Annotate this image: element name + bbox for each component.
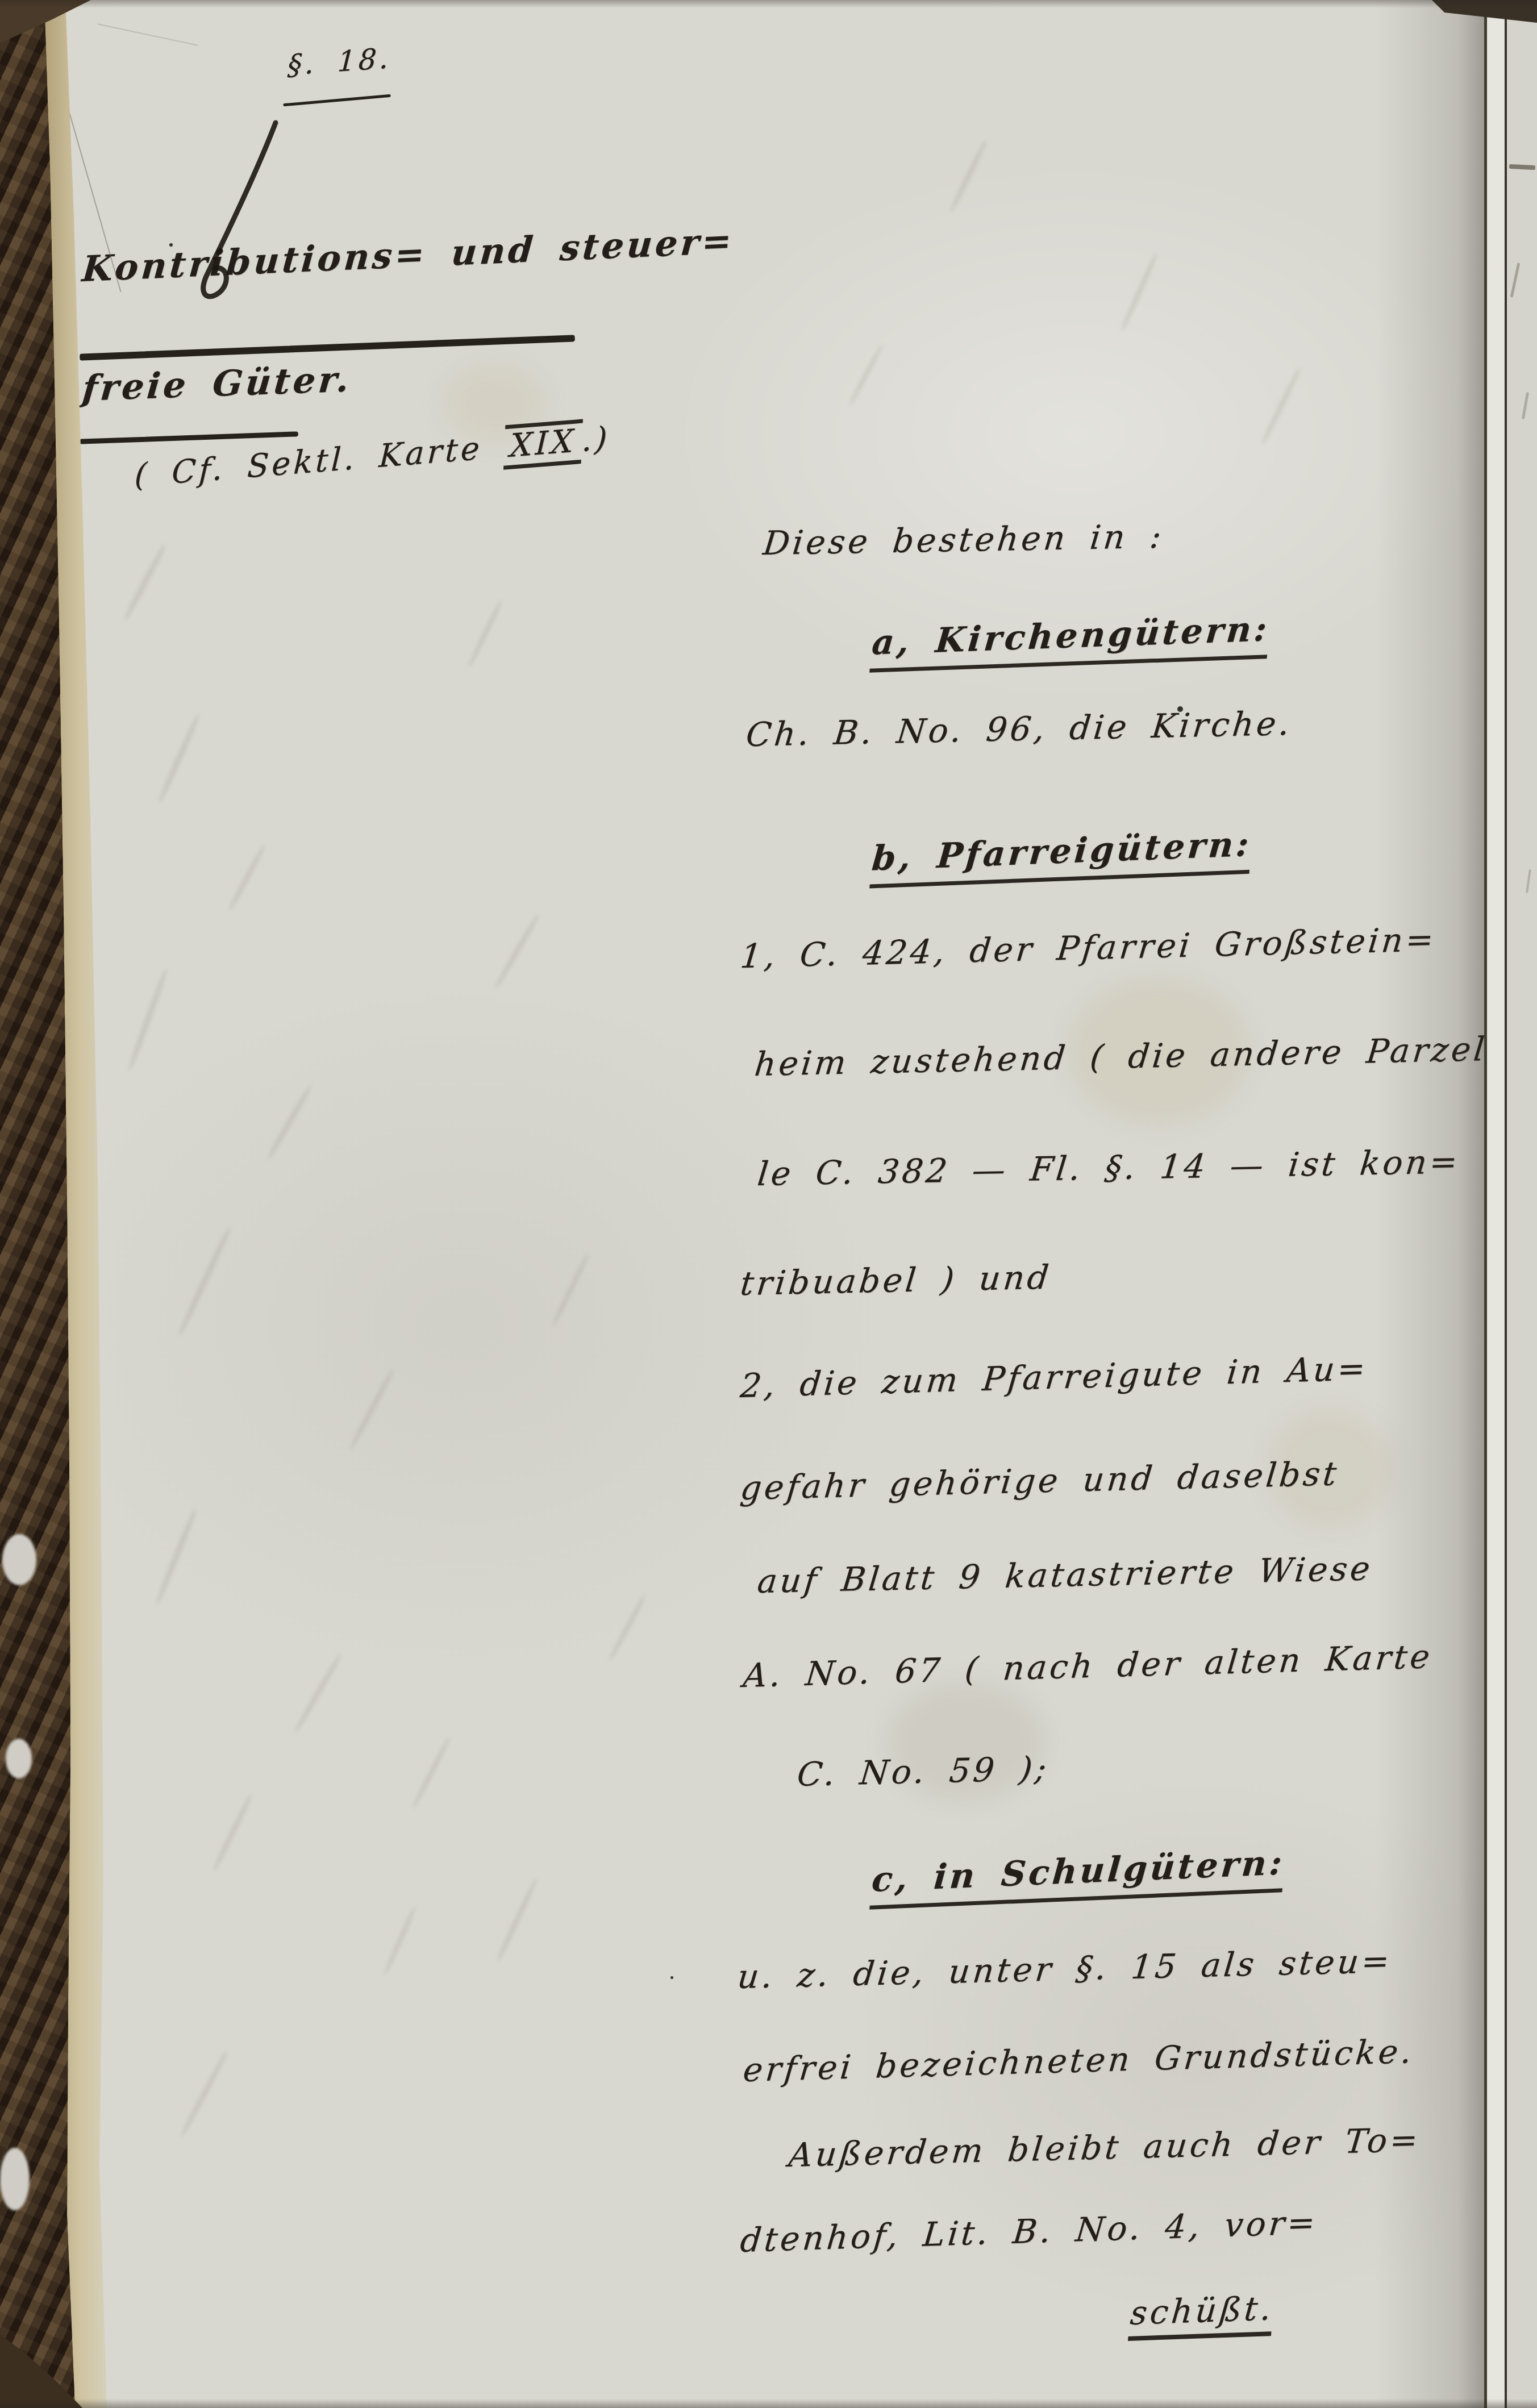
binding-worn-spot bbox=[6, 1739, 32, 1778]
bleedthrough-stroke bbox=[949, 139, 988, 213]
text-line: Diese bestehen in : bbox=[761, 519, 1166, 562]
section-heading-c-label: c, in Schulgütern: bbox=[869, 1844, 1286, 1910]
text-line: auf Blatt 9 katastrierte Wiese bbox=[756, 1551, 1374, 1600]
bleedthrough-stroke bbox=[157, 713, 201, 803]
text-line: A. No. 67 ( nach der alten Karte bbox=[742, 1639, 1434, 1694]
catchword: schüßt. bbox=[1128, 2290, 1275, 2341]
section-mark: §. 18. bbox=[287, 43, 392, 81]
bleedthrough-stroke bbox=[122, 543, 167, 621]
bleedthrough-stroke bbox=[180, 2050, 230, 2138]
margin-title-line1: Kontributions= und steuer= bbox=[81, 222, 736, 289]
bleedthrough-stroke bbox=[383, 1906, 417, 1975]
bleedthrough-stroke bbox=[848, 344, 884, 406]
margin-title-line2: freie Güter. bbox=[81, 360, 353, 408]
text-line: C. No. 59 ); bbox=[795, 1751, 1051, 1793]
text-line: erfrei bezeichneten Grundstücke. bbox=[742, 2034, 1416, 2089]
binding-worn-spot bbox=[0, 2148, 30, 2210]
paper-crease bbox=[98, 23, 198, 45]
next-page-edge bbox=[1507, 0, 1537, 2408]
bleedthrough-stroke bbox=[1260, 367, 1302, 446]
photo-edge-shadow-bottom bbox=[0, 2399, 1537, 2408]
text-line: 2, die zum Pfarreigute in Au= bbox=[739, 1351, 1369, 1405]
page-gutter-shadow bbox=[1375, 0, 1485, 2408]
text-line: Ch. B. No. 96, die Kirche. bbox=[744, 706, 1294, 753]
bleedthrough-stroke bbox=[467, 599, 503, 668]
catchword-label: schüßt. bbox=[1128, 2290, 1275, 2341]
bleedthrough-stroke bbox=[293, 1652, 343, 1734]
underline-stroke bbox=[80, 335, 575, 360]
text-line: tribuabel ) und bbox=[739, 1259, 1053, 1302]
section-heading-a-label: a, Kirchengütern: bbox=[869, 610, 1271, 673]
bleedthrough-stroke bbox=[493, 914, 540, 990]
section-heading-a: a, Kirchengütern: bbox=[869, 613, 1271, 670]
bleedthrough-stroke bbox=[177, 1226, 232, 1337]
bleedthrough-stroke bbox=[266, 1084, 313, 1160]
text-line: gefahr gehörige und daselbst bbox=[739, 1456, 1341, 1507]
manuscript-page: §. 18. Kontributions= und steuer= freie … bbox=[0, 0, 1537, 2408]
text-line: Außerdem bleibt auch der To= bbox=[787, 2122, 1422, 2174]
underline-stroke bbox=[283, 94, 391, 107]
bleedthrough-stroke bbox=[495, 1878, 539, 1963]
bleedthrough-stroke bbox=[411, 1736, 452, 1809]
margin-map-reference: ( Cf. Sektl. Karte XIX.) bbox=[134, 417, 611, 499]
photo-edge-shadow-top bbox=[0, 0, 1537, 8]
bleedthrough-stroke bbox=[608, 1594, 647, 1662]
text-line: u. z. die, unter §. 15 als steu= bbox=[736, 1943, 1394, 1995]
bleedthrough-stroke bbox=[1119, 253, 1159, 333]
text-line: 1, C. 424, der Pfarrei Großstein= bbox=[739, 922, 1438, 975]
ink-speck bbox=[670, 1976, 673, 1979]
bleedthrough-stroke bbox=[348, 1368, 395, 1450]
underline-stroke bbox=[80, 431, 298, 444]
ink-speck bbox=[1177, 706, 1183, 712]
scanned-manuscript-photo: { "manuscript": { "margin": { "section_m… bbox=[0, 0, 1537, 2408]
next-page-edge bbox=[1487, 0, 1505, 2408]
text-line: le C. 382 — Fl. §. 14 — ist kon= bbox=[756, 1144, 1462, 1193]
binding-worn-spot bbox=[2, 1534, 36, 1585]
section-heading-b-label: b, Pfarreigütern: bbox=[869, 826, 1253, 889]
section-heading-c: c, in Schulgütern: bbox=[869, 1846, 1286, 1907]
bleedthrough-stroke bbox=[155, 1509, 198, 1606]
bleedthrough-stroke bbox=[212, 1793, 254, 1872]
map-sheet-number: XIX bbox=[503, 419, 583, 470]
bleedthrough-stroke bbox=[227, 844, 266, 911]
bleedthrough-stroke bbox=[127, 968, 169, 1072]
map-reference-suffix: .) bbox=[581, 420, 610, 459]
text-line: dtenhof, Lit. B. No. 4, vor= bbox=[739, 2205, 1319, 2259]
section-heading-b: b, Pfarreigütern: bbox=[869, 827, 1253, 886]
bleedthrough-stroke bbox=[551, 1253, 590, 1326]
ink-speck bbox=[169, 243, 173, 247]
